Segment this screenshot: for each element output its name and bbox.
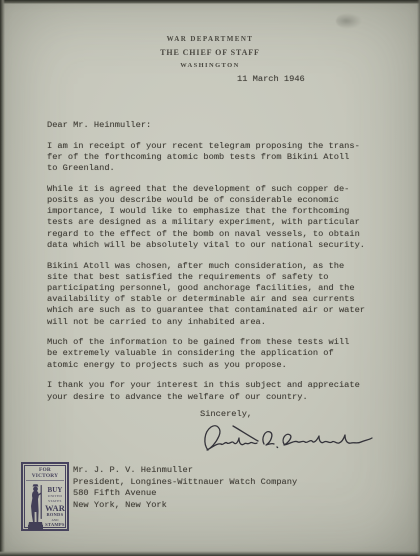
stamp-buy-label: BUY <box>48 487 63 494</box>
letter-date: 11 March 1946 <box>237 74 305 84</box>
stamp-text-column: BUY UNITED STATES WAR BONDS AND STAMPS <box>45 481 65 533</box>
letterhead-department: WAR DEPARTMENT <box>0 35 420 43</box>
paragraph-2: While it is agreed that the development … <box>47 184 381 251</box>
paragraph-4: Much of the information to be gained fro… <box>47 337 381 371</box>
paragraph-1: I am in receipt of your recent telegram … <box>47 141 381 175</box>
letterhead-city: WASHINGTON <box>0 62 420 69</box>
stamp-war-label: WAR <box>45 504 65 513</box>
pencil-smudge <box>336 13 362 29</box>
paragraph-3: Bikini Atoll was chosen, after much cons… <box>47 261 381 328</box>
letter-photo: WAR DEPARTMENT THE CHIEF OF STAFF WASHIN… <box>0 0 420 556</box>
letterhead-office: THE CHIEF OF STAFF <box>0 48 420 57</box>
stamp-body: BUY UNITED STATES WAR BONDS AND STAMPS <box>26 481 64 533</box>
letterhead: WAR DEPARTMENT THE CHIEF OF STAFF WASHIN… <box>0 35 420 69</box>
paragraph-5: I thank you for your interest in this su… <box>47 380 381 402</box>
signature-ink-icon <box>198 417 376 461</box>
letter-body: Dear Mr. Heinmuller: I am in receipt of … <box>47 120 381 420</box>
salutation: Dear Mr. Heinmuller: <box>47 120 381 131</box>
stamp-header: FOR VICTORY <box>26 467 64 481</box>
minuteman-statue-icon <box>26 481 45 533</box>
signature-autograph <box>198 417 376 461</box>
recipient-address: Mr. J. P. V. Heinmuller President, Longi… <box>73 465 297 512</box>
war-bonds-stamp: FOR VICTORY <box>21 462 69 531</box>
war-bonds-stamp-frame: FOR VICTORY <box>24 465 66 528</box>
photo-edge-top <box>0 0 420 4</box>
stamp-stamps-label: STAMPS <box>45 523 65 528</box>
photo-edge-left <box>0 0 5 556</box>
photo-edge-bottom <box>0 551 420 556</box>
